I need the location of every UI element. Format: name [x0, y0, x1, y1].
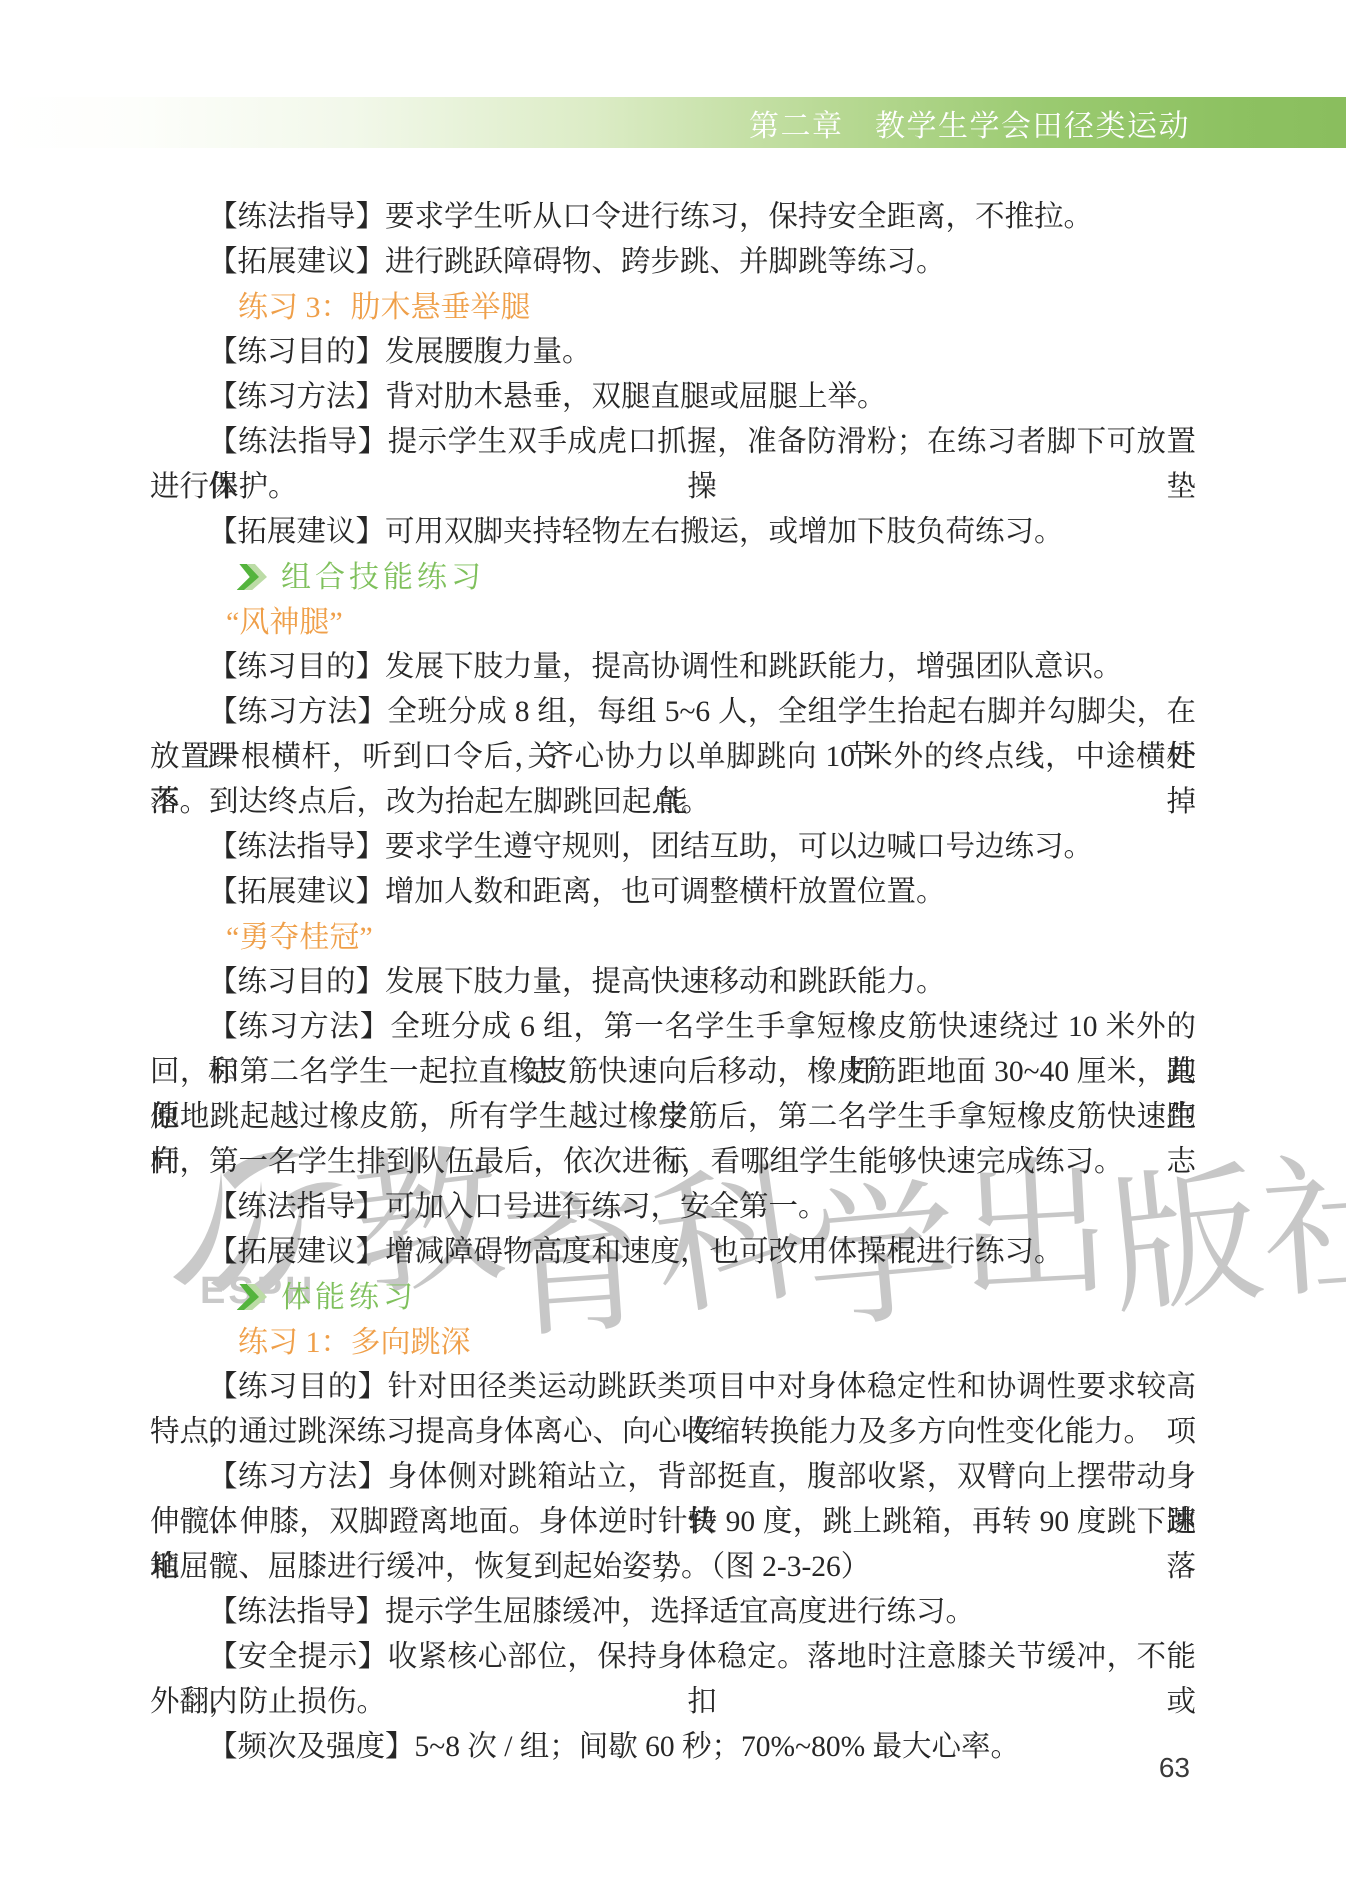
text-line: 原地跳起越过橡皮筋，所有学生越过橡皮筋后，第二名学生手拿短橡皮筋快速跑向标志 — [150, 1095, 1196, 1140]
chapter-header-band: 第二章 教学生学会田径类运动 — [0, 97, 1346, 148]
text-line: 【练习方法】全班分成 6 组，第一名学生手拿短橡皮筋快速绕过 10 米外的标志杆… — [150, 1005, 1196, 1050]
text-line: 【练习目的】发展腰腹力量。 — [150, 330, 1196, 375]
exercise-heading: 练习 1：多向跳深 — [150, 1320, 1196, 1365]
section-heading-label: 体能练习 — [281, 1281, 417, 1314]
text-line: 回，和第二名学生一起拉直橡皮筋快速向后移动，橡皮筋距地面 30~40 厘米，其他… — [150, 1050, 1196, 1095]
text-line: 【练习方法】全班分成 8 组，每组 5~6 人，全组学生抬起右脚并勾脚尖，在踝关… — [150, 690, 1196, 735]
text-line: 【练法指导】要求学生听从口令进行练习，保持安全距离，不推拉。 — [150, 195, 1196, 240]
exercise-heading: 练习 3：肋木悬垂举腿 — [150, 285, 1196, 330]
section-heading-label: 组合技能练习 — [281, 561, 485, 594]
chapter-title: 第二章 教学生学会田径类运动 — [749, 101, 1190, 145]
text-line: 【练法指导】提示学生双手成虎口抓握，准备防滑粉；在练习者脚下可放置体操垫 — [150, 420, 1196, 465]
textbook-page: 第二章 教学生学会田径类运动 ESPH 教育科学出版社 【练法指导】要求学生听从… — [0, 0, 1346, 1885]
text-line: 【练习目的】发展下肢力量，提高协调性和跳跃能力，增强团队意识。 — [150, 645, 1196, 690]
text-line: 【练习目的】发展下肢力量，提高快速移动和跳跃能力。 — [150, 960, 1196, 1005]
page-number: 63 — [1159, 1752, 1190, 1784]
text-line: 杆，第一名学生排到队伍最后，依次进行，看哪组学生能够快速完成练习。 — [150, 1140, 1196, 1185]
text-line: 特点，通过跳深练习提高身体离心、向心收缩转换能力及多方向性变化能力。 — [150, 1410, 1196, 1455]
text-line: 【拓展建议】增减障碍物高度和速度，也可改用体操棍进行练习。 — [150, 1230, 1196, 1275]
drill-name-heading: “勇夺桂冠” — [150, 915, 1196, 960]
text-line: 【练习方法】身体侧对跳箱站立，背部挺直，腹部收紧，双臂向上摆带动身体快速 — [150, 1455, 1196, 1500]
text-line: 【练法指导】要求学生遵守规则，团结互助，可以边喊口号边练习。 — [150, 825, 1196, 870]
text-line: 【拓展建议】进行跳跃障碍物、跨步跳、并脚跳等练习。 — [150, 240, 1196, 285]
text-line: 伸髋、伸膝，双脚蹬离地面。身体逆时针转 90 度，跳上跳箱，再转 90 度跳下跳… — [150, 1500, 1196, 1545]
text-line: 【练法指导】可加入口号进行练习，安全第一。 — [150, 1185, 1196, 1230]
section-heading: 体能练习 — [150, 1275, 1196, 1320]
text-line: 放置一根横杆，听到口令后，齐心协力以单脚跳向 10 米外的终点线，中途横杆不能掉 — [150, 735, 1196, 780]
watermark-char: 社 — [1255, 1123, 1346, 1333]
text-line: 【拓展建议】可用双脚夹持轻物左右搬运，或增加下肢负荷练习。 — [150, 510, 1196, 555]
text-line: 【练习方法】背对肋木悬垂，双腿直腿或屈腿上举。 — [150, 375, 1196, 420]
text-line: 【频次及强度】5~8 次 / 组；间歇 60 秒；70%~80% 最大心率。 — [150, 1725, 1196, 1770]
page-content: 【练法指导】要求学生听从口令进行练习，保持安全距离，不推拉。【拓展建议】进行跳跃… — [150, 195, 1196, 1770]
text-line: 【练习目的】针对田径类运动跳跃类项目中对身体稳定性和协调性要求较高的专项 — [150, 1365, 1196, 1410]
drill-name-heading: “风神腿” — [150, 600, 1196, 645]
section-heading: 组合技能练习 — [150, 555, 1196, 600]
text-line: 【安全提示】收紧核心部位，保持身体稳定。落地时注意膝关节缓冲，不能内扣或 — [150, 1635, 1196, 1680]
text-line: 【拓展建议】增加人数和距离，也可调整横杆放置位置。 — [150, 870, 1196, 915]
text-line: 【练法指导】提示学生屈膝缓冲，选择适宜高度进行练习。 — [150, 1590, 1196, 1635]
